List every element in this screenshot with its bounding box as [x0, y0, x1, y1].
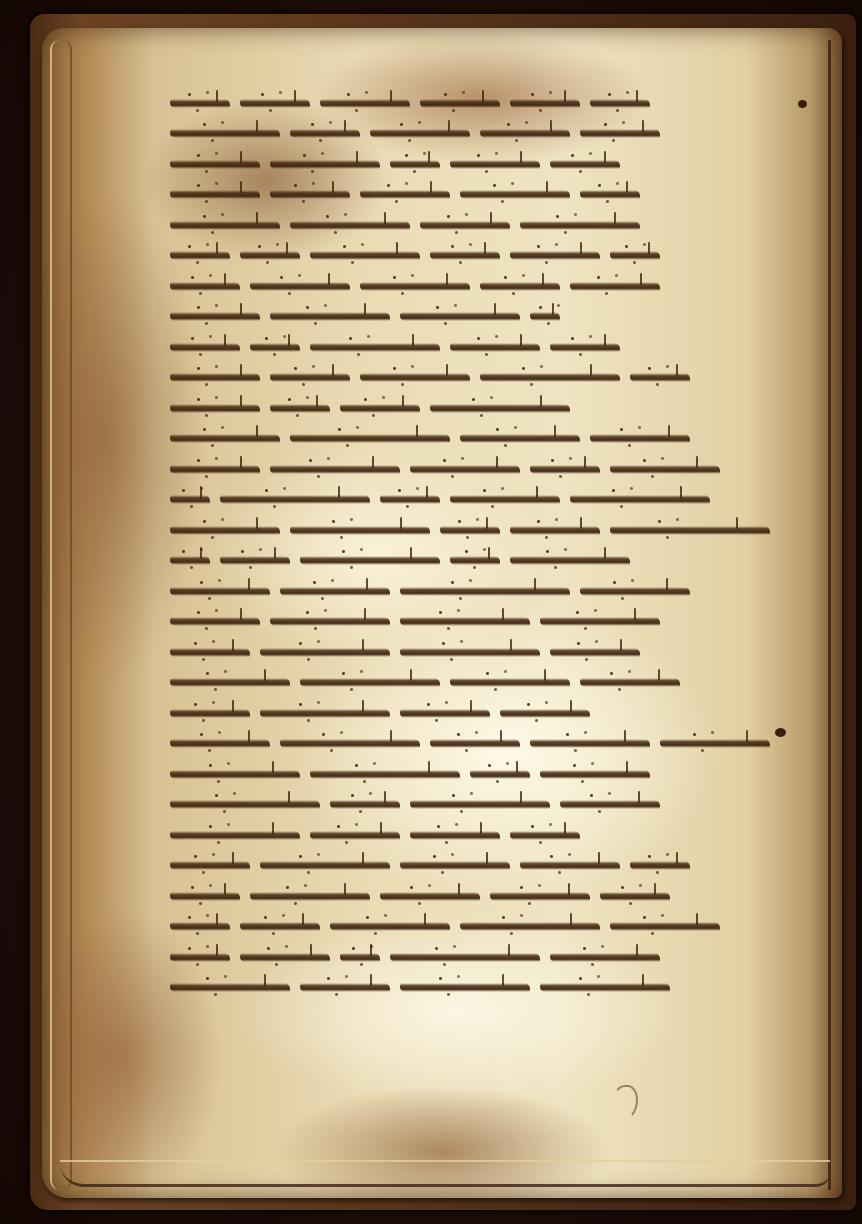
ink-word — [550, 648, 640, 657]
ink-word — [270, 160, 380, 169]
ink-word — [660, 739, 770, 748]
ink-word — [310, 251, 420, 260]
manuscript-line — [160, 790, 800, 821]
manuscript-line — [160, 424, 800, 455]
ink-word — [580, 678, 680, 687]
ink-word — [420, 99, 500, 108]
ink-word — [170, 190, 260, 199]
ink-word — [170, 282, 240, 291]
ink-word — [550, 160, 620, 169]
page-left-edge — [50, 40, 72, 1190]
manuscript-line — [160, 912, 800, 943]
ink-word — [540, 617, 660, 626]
ink-word — [340, 953, 380, 962]
ink-word — [170, 892, 240, 901]
manuscript-line — [160, 119, 800, 150]
manuscript-line — [160, 180, 800, 211]
manuscript-line — [160, 698, 800, 729]
ink-word — [170, 343, 240, 352]
ink-word — [450, 160, 540, 169]
ink-word — [400, 617, 530, 626]
ink-word — [430, 251, 500, 260]
ink-word — [170, 556, 210, 565]
ink-word — [570, 495, 710, 504]
ink-word — [170, 404, 260, 413]
ink-word — [310, 831, 400, 840]
ink-word — [290, 434, 450, 443]
ink-word — [590, 99, 650, 108]
ink-word — [590, 434, 690, 443]
ink-word — [170, 312, 260, 321]
ink-word — [340, 404, 420, 413]
ink-word — [330, 800, 400, 809]
ink-word — [510, 99, 580, 108]
ink-word — [260, 861, 390, 870]
ink-word — [240, 922, 320, 931]
ink-word — [220, 556, 290, 565]
ink-word — [220, 495, 370, 504]
ink-word — [400, 648, 540, 657]
ink-word — [170, 648, 250, 657]
manuscript-line — [160, 942, 800, 973]
manuscript-photo — [0, 0, 862, 1224]
ink-word — [570, 282, 660, 291]
ink-word — [270, 404, 330, 413]
ink-word — [170, 922, 230, 931]
ink-word — [360, 190, 450, 199]
ink-word — [630, 373, 690, 382]
ink-word — [400, 861, 510, 870]
ink-word — [450, 678, 570, 687]
ink-word — [300, 556, 440, 565]
ink-word — [170, 251, 230, 260]
ink-word — [610, 922, 720, 931]
ink-word — [510, 556, 630, 565]
ink-word — [250, 892, 370, 901]
ink-word — [170, 953, 230, 962]
ink-word — [510, 831, 580, 840]
ink-word — [490, 892, 590, 901]
ink-word — [400, 983, 530, 992]
ink-word — [400, 709, 490, 718]
ink-word — [240, 99, 310, 108]
ink-word — [170, 160, 260, 169]
ink-word — [360, 282, 470, 291]
ink-word — [250, 343, 300, 352]
ink-word — [580, 587, 690, 596]
ink-word — [480, 373, 620, 382]
ink-word — [170, 434, 280, 443]
manuscript-line — [160, 546, 800, 577]
ink-word — [170, 678, 290, 687]
ink-word — [540, 770, 650, 779]
ink-word — [170, 465, 260, 474]
ink-word — [460, 190, 570, 199]
ink-word — [280, 739, 420, 748]
ink-word — [370, 129, 470, 138]
manuscript-line — [160, 607, 800, 638]
ink-word — [300, 983, 390, 992]
ink-word — [270, 312, 390, 321]
ink-word — [610, 251, 660, 260]
ink-word — [560, 800, 660, 809]
ink-word — [280, 587, 390, 596]
ink-word — [520, 861, 620, 870]
ink-word — [170, 770, 300, 779]
ink-word — [170, 983, 290, 992]
manuscript-line — [160, 88, 800, 119]
ink-word — [380, 892, 480, 901]
ink-word — [310, 770, 460, 779]
ink-word — [330, 922, 450, 931]
ink-word — [410, 465, 520, 474]
manuscript-line — [160, 576, 800, 607]
page-right-edge — [820, 40, 831, 1190]
manuscript-line — [160, 973, 800, 1004]
ink-word — [290, 129, 360, 138]
manuscript-line — [160, 881, 800, 912]
ink-word — [410, 831, 500, 840]
ink-word — [240, 251, 300, 260]
manuscript-line — [160, 210, 800, 241]
ink-word — [530, 739, 650, 748]
manuscript-line — [160, 729, 800, 760]
manuscript-line — [160, 759, 800, 790]
ink-word — [170, 221, 280, 230]
ink-word — [390, 160, 440, 169]
ink-word — [550, 343, 620, 352]
ink-word — [260, 709, 390, 718]
ink-word — [270, 373, 350, 382]
ink-word — [530, 465, 600, 474]
ink-word — [170, 831, 300, 840]
ink-word — [310, 343, 440, 352]
ink-word — [170, 99, 230, 108]
ink-word — [460, 922, 600, 931]
ink-word — [460, 434, 580, 443]
ink-word — [170, 526, 280, 535]
ink-word — [580, 190, 640, 199]
manuscript-line — [160, 485, 800, 516]
ink-word — [380, 495, 440, 504]
ink-word — [450, 343, 540, 352]
ink-word — [430, 739, 520, 748]
ink-word — [480, 282, 560, 291]
ink-word — [390, 953, 540, 962]
ink-word — [290, 526, 430, 535]
ink-word — [540, 983, 670, 992]
ink-word — [170, 129, 280, 138]
ink-word — [600, 892, 670, 901]
ink-word — [440, 526, 500, 535]
ink-word — [400, 587, 570, 596]
ink-word — [170, 587, 270, 596]
manuscript-line — [160, 302, 800, 333]
ink-word — [360, 373, 470, 382]
manuscript-line — [160, 271, 800, 302]
ink-word — [630, 861, 690, 870]
ink-word — [510, 526, 600, 535]
manuscript-line — [160, 363, 800, 394]
manuscript-line — [160, 637, 800, 668]
ink-word — [420, 221, 510, 230]
ink-word — [450, 556, 500, 565]
manuscript-line — [160, 241, 800, 272]
ink-word — [320, 99, 410, 108]
manuscript-line — [160, 851, 800, 882]
ink-word — [400, 312, 520, 321]
ink-word — [300, 678, 440, 687]
syriac-text-block — [160, 88, 800, 1003]
ink-word — [270, 190, 350, 199]
ink-word — [270, 617, 390, 626]
ink-word — [430, 404, 570, 413]
ink-word — [170, 861, 250, 870]
ink-word — [450, 495, 560, 504]
ink-word — [260, 648, 390, 657]
ink-word — [170, 800, 320, 809]
ink-word — [610, 465, 720, 474]
ink-word — [610, 526, 770, 535]
ink-word — [410, 800, 550, 809]
ink-word — [530, 312, 560, 321]
page-bottom-edge — [60, 1160, 830, 1187]
ink-word — [550, 953, 660, 962]
ink-word — [500, 709, 590, 718]
ink-word — [290, 221, 410, 230]
ink-word — [270, 465, 400, 474]
ink-word — [520, 221, 640, 230]
ink-word — [170, 709, 250, 718]
ink-word — [170, 495, 210, 504]
manuscript-line — [160, 668, 800, 699]
ink-word — [170, 739, 270, 748]
ink-word — [250, 282, 350, 291]
ink-word — [470, 770, 530, 779]
manuscript-line — [160, 393, 800, 424]
ink-word — [580, 129, 660, 138]
manuscript-line — [160, 332, 800, 363]
manuscript-line — [160, 820, 800, 851]
ink-word — [510, 251, 600, 260]
ink-word — [170, 373, 260, 382]
manuscript-line — [160, 149, 800, 180]
ink-word — [170, 617, 260, 626]
ink-word — [240, 953, 330, 962]
manuscript-line — [160, 515, 800, 546]
ink-word — [480, 129, 570, 138]
manuscript-line — [160, 454, 800, 485]
